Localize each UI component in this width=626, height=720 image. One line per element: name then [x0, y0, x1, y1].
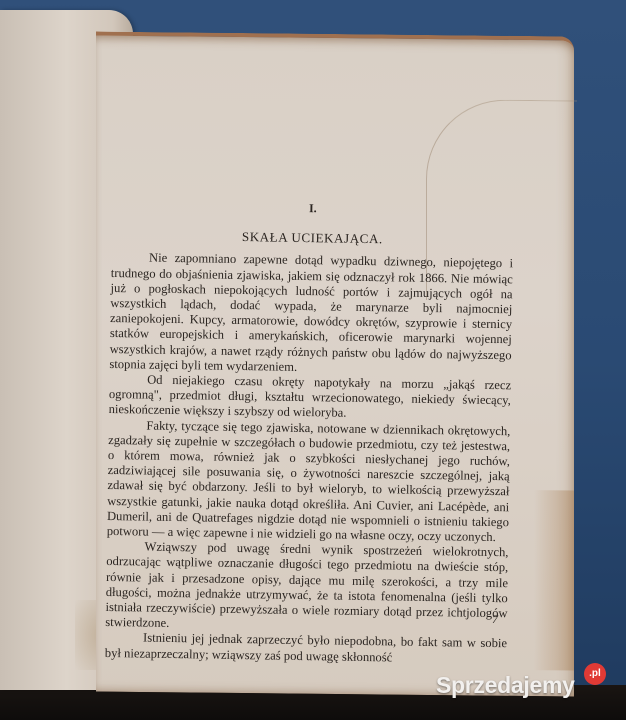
- paragraph: Istnieniu jej jednak zaprzeczyć było nie…: [105, 630, 507, 667]
- edge-stain: [534, 490, 574, 670]
- watermark-logo: Sprzedajemy: [436, 672, 575, 699]
- paragraph: Wziąwszy pod uwagę średni wynik spostrze…: [105, 539, 508, 637]
- watermark-badge: .pl: [584, 663, 606, 685]
- paragraph: Nie zapomniano zapewne dotąd wypadku dzi…: [109, 250, 513, 378]
- paragraph: Od niejakiego czasu okręty napotykały na…: [109, 372, 512, 424]
- paragraph: Fakty, tyczące się tego zjawiska, notowa…: [107, 418, 511, 546]
- chapter-title: SKAŁA UCIEKAJĄCA.: [111, 227, 513, 249]
- page-text: I. SKAŁA UCIEKAJĄCA. Nie zapomniano zape…: [105, 198, 514, 667]
- page-number: 7: [492, 612, 498, 627]
